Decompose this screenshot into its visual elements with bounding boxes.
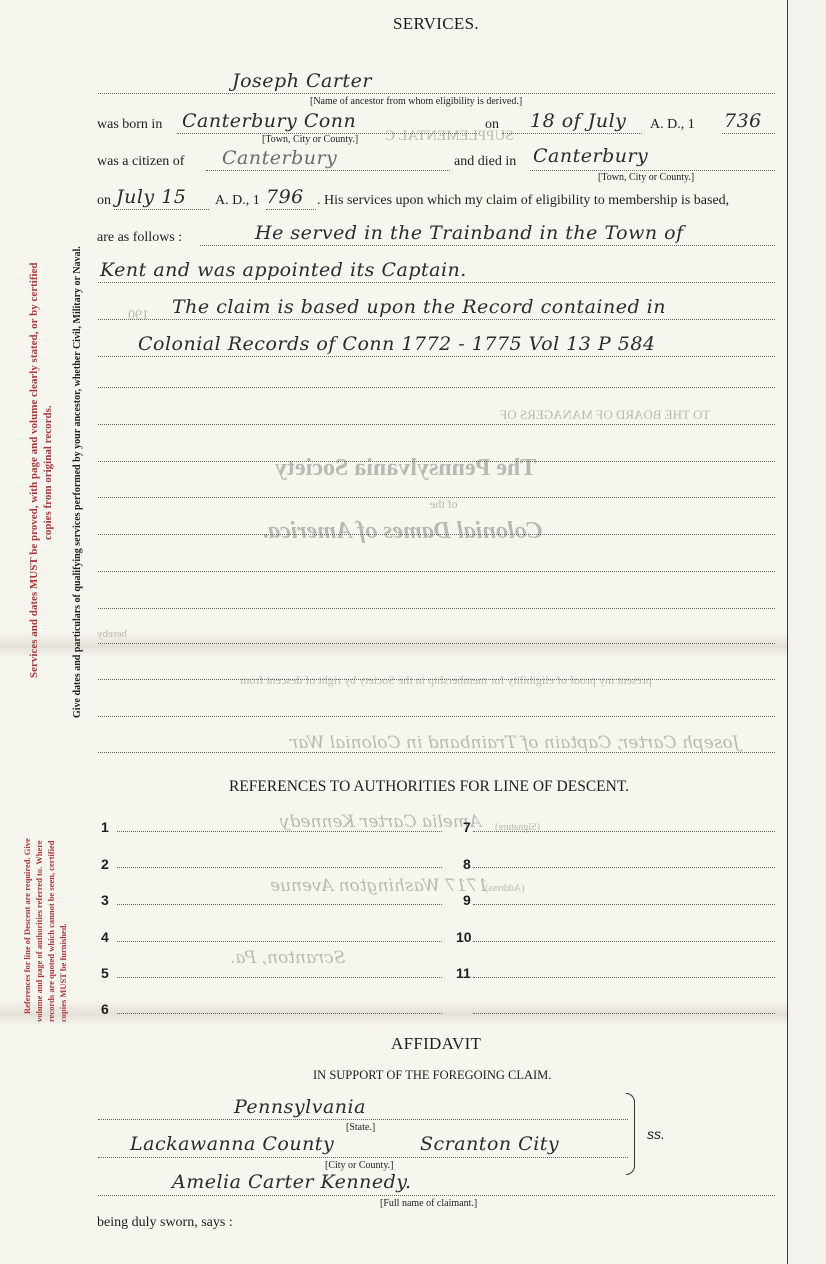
ref-number-1: 1 <box>101 819 109 835</box>
margin-note-ref-2: volume and page of authorities referred … <box>34 840 44 1022</box>
ref-number-7: 7 <box>463 819 471 835</box>
service-line-1[interactable] <box>200 245 775 246</box>
died-ad-label: A. D., 1 <box>215 193 260 209</box>
ref-line-10[interactable] <box>473 941 775 942</box>
page-edge-strip <box>789 0 826 1264</box>
ref-line-5[interactable] <box>117 977 442 978</box>
follows-label: are as follows : <box>97 230 182 246</box>
born-year-line[interactable] <box>722 133 775 134</box>
ref-line-4[interactable] <box>117 941 442 942</box>
ref-number-2: 2 <box>101 856 109 872</box>
state-caption: [State.] <box>346 1122 375 1133</box>
margin-note-ref-3: records are quoted which cannot be seen,… <box>46 841 56 1022</box>
claimant-line[interactable] <box>98 1195 775 1196</box>
died-on-label: on <box>97 193 111 209</box>
services-title: SERVICES. <box>393 14 479 34</box>
bleed-year: 190 <box>128 308 149 324</box>
service-line-5[interactable] <box>98 387 775 388</box>
county-line[interactable] <box>98 1157 628 1158</box>
bleed-society-1: The Pennsylvania Society <box>275 455 536 482</box>
citizen-label: was a citizen of <box>97 154 184 170</box>
ref-line-6[interactable] <box>117 1013 442 1014</box>
bleed-of-the: of the <box>430 497 458 512</box>
ref-line-2[interactable] <box>117 867 442 868</box>
bleed-address: 1717 Washington Avenue <box>270 876 488 896</box>
state-value: Pennsylvania <box>234 1096 366 1118</box>
ref-number-4: 4 <box>101 929 109 945</box>
born-place: Canterbury Conn <box>182 110 356 132</box>
service-line-6[interactable] <box>98 424 775 425</box>
ref-number-3: 3 <box>101 892 109 908</box>
services-intro: . His services upon which my claim of el… <box>317 193 729 209</box>
ref-number-9: 9 <box>463 892 471 908</box>
affidavit-subtitle: IN SUPPORT OF THE FOREGOING CLAIM. <box>313 1068 551 1083</box>
born-date-line[interactable] <box>502 133 642 134</box>
county-value: Lackawanna County <box>130 1133 334 1155</box>
ref-line-11[interactable] <box>473 977 775 978</box>
bleed-to-board: TO THE BOARD OF MANAGERS OF <box>500 407 710 423</box>
bleed-society-2: Colonial Dames of America. <box>262 518 542 545</box>
service-text-3: The claim is based upon the Record conta… <box>172 296 666 318</box>
service-text-4: Colonial Records of Conn 1772 - 1775 Vol… <box>138 333 656 355</box>
service-line-2[interactable] <box>98 282 775 283</box>
died-year-line[interactable] <box>266 209 316 210</box>
died-date: July 15 <box>116 186 186 208</box>
ancestor-caption: [Name of ancestor from whom eligibility … <box>310 96 522 107</box>
bleed-present: present my proof of eligibility for memb… <box>240 673 652 688</box>
ref-line-3[interactable] <box>117 904 442 905</box>
county-caption: [City or County.] <box>325 1160 394 1171</box>
state-line[interactable] <box>98 1119 628 1120</box>
ss-label: ss. <box>647 1126 665 1142</box>
ref-number-11: 11 <box>456 965 471 981</box>
born-year: 736 <box>724 110 762 132</box>
died-place: Canterbury <box>533 145 648 167</box>
born-place-caption: [Town, City or County.] <box>262 134 358 145</box>
service-line-12[interactable] <box>98 643 775 644</box>
on-label: on <box>485 117 499 133</box>
ref-number-5: 5 <box>101 965 109 981</box>
margin-note-services-red: Services and dates MUST be proved, with … <box>28 262 40 678</box>
bleed-signature: Amelia Carter Kennedy <box>280 812 481 832</box>
citizen-line[interactable] <box>206 170 450 171</box>
service-line-3[interactable] <box>98 319 775 320</box>
died-label: and died in <box>454 154 516 170</box>
service-line-4[interactable] <box>98 356 775 357</box>
service-line-10[interactable] <box>98 571 775 572</box>
born-date: 18 of July <box>530 110 626 132</box>
bleed-address-label: (Address) <box>485 883 524 894</box>
citizen-place: Canterbury <box>222 147 337 169</box>
margin-note-ref-4: copies MUST be furnished. <box>58 923 68 1022</box>
born-ad-label: A. D., 1 <box>650 117 695 133</box>
ref-line-7[interactable] <box>473 831 775 832</box>
ref-line-12[interactable] <box>473 1013 775 1014</box>
references-title: REFERENCES TO AUTHORITIES FOR LINE OF DE… <box>229 778 629 796</box>
service-line-15[interactable] <box>98 752 775 753</box>
service-text-2: Kent and was appointed its Captain. <box>100 259 467 281</box>
margin-note-ref-1: References for line of Descent are requi… <box>22 838 32 1014</box>
ref-number-6: 6 <box>101 1001 109 1017</box>
claimant-value: Amelia Carter Kennedy. <box>172 1171 412 1193</box>
died-place-caption: [Town, City or County.] <box>598 172 694 183</box>
service-line-13[interactable] <box>98 679 775 680</box>
margin-note-services-red-2: copies from original records. <box>42 405 54 540</box>
service-line-8[interactable] <box>98 497 775 498</box>
affidavit-title: AFFIDAVIT <box>391 1034 481 1054</box>
sworn-text: being duly sworn, says : <box>97 1215 233 1231</box>
service-line-14[interactable] <box>98 716 775 717</box>
city-value: Scranton City <box>420 1133 559 1155</box>
ancestor-name: Joseph Carter <box>232 70 372 92</box>
bleed-city: Scranton, Pa. <box>230 948 345 968</box>
ref-line-1[interactable] <box>117 831 442 832</box>
ancestor-line[interactable] <box>98 93 775 94</box>
brace-icon <box>626 1093 635 1175</box>
service-text-1: He served in the Trainband in the Town o… <box>255 222 684 244</box>
service-line-7[interactable] <box>98 461 775 462</box>
ref-line-8[interactable] <box>473 867 775 868</box>
bleed-hand-line: Joseph Carter, Captain of Trainband in C… <box>290 733 740 753</box>
ref-number-10: 10 <box>456 929 472 945</box>
ref-number-8: 8 <box>463 856 471 872</box>
service-line-9[interactable] <box>98 534 775 535</box>
bleed-hereby: hereby <box>97 628 127 640</box>
died-place-line[interactable] <box>530 170 775 171</box>
margin-note-services-black: Give dates and particulars of qualifying… <box>72 246 83 718</box>
died-year: 796 <box>266 186 304 208</box>
service-line-11[interactable] <box>98 608 775 609</box>
ref-line-9[interactable] <box>473 904 775 905</box>
died-date-line[interactable] <box>114 209 209 210</box>
claimant-caption: [Full name of claimant.] <box>380 1198 477 1209</box>
born-label: was born in <box>97 117 162 133</box>
